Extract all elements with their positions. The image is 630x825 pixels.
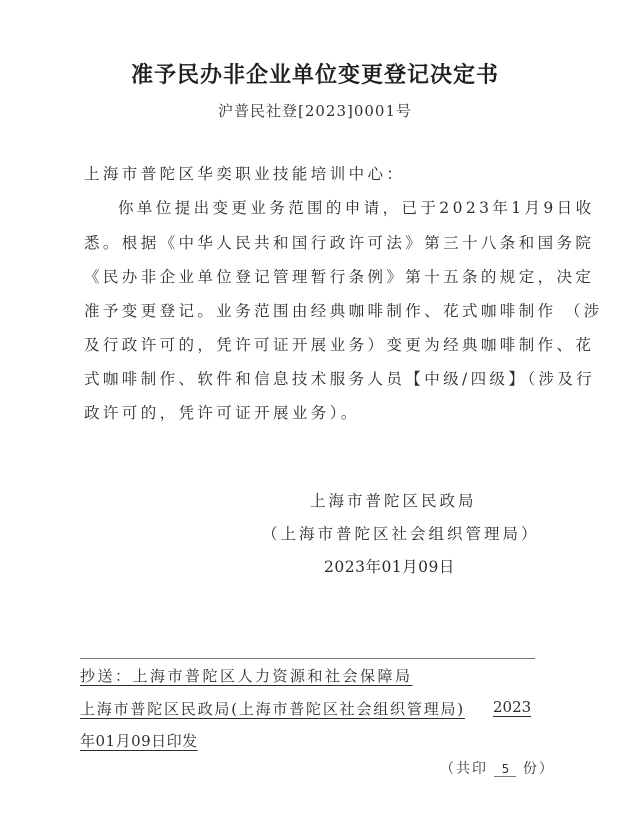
body-line: 及行政许可的，凭许可证开展业务）变更为经典咖啡制作、花 — [84, 333, 594, 355]
issue-date: 年01月09日印发 — [80, 730, 198, 751]
copies-suffix: 份） — [523, 761, 555, 777]
signature-issuer-alias: （上海市普陀区社会组织管理局） — [262, 522, 540, 544]
footer-divider — [80, 658, 535, 659]
body-line: 悉。根据《中华人民共和国行政许可法》第三十八条和国务院 — [84, 231, 594, 253]
signature-date: 2023年01月09日 — [324, 555, 455, 577]
body-line: 《民办非企业单位登记管理暂行条例》第十五条的规定，决定 — [84, 265, 594, 287]
body-line: 式咖啡制作、软件和信息技术服务人员【中级/四级】（涉及行 — [84, 367, 595, 389]
copies-prefix: （共印 — [440, 761, 488, 777]
signature-issuer: 上海市普陀区民政局 — [310, 489, 477, 511]
document-title: 准予民办非企业单位变更登记决定书 — [0, 58, 630, 89]
cc-line: 抄送：上海市普陀区人力资源和社会保障局 — [80, 665, 413, 686]
body-line: 准予变更登记。业务范围由经典咖啡制作、花式咖啡制作 （涉 — [84, 299, 603, 321]
issuer-line: 上海市普陀区民政局(上海市普陀区社会组织管理局) — [80, 698, 465, 719]
copies-count-label: （共印 5 份） — [440, 758, 555, 778]
copies-count: 5 — [494, 762, 516, 777]
document-number: 沪普民社登[2023]0001号 — [0, 100, 630, 121]
addressee: 上海市普陀区华奕职业技能培训中心： — [84, 162, 405, 184]
body-line: 你单位提出变更业务范围的申请，已于2023年1月9日收 — [118, 196, 594, 218]
issue-year: 2023 — [493, 698, 531, 716]
body-line: 政许可的，凭许可证开展业务）。 — [84, 401, 360, 423]
